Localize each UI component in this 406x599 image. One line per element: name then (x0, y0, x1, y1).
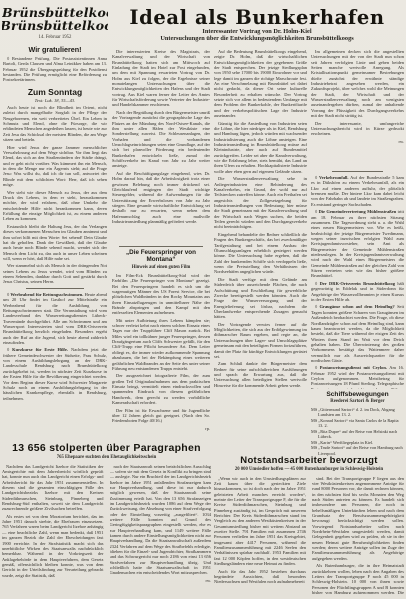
author-initials: rp. (112, 426, 210, 431)
article-paragraph: Als Butenhamburger, die in ihre Heimatst… (312, 563, 404, 593)
article-paragraph: „Wenn wir auch in den Umsiedlungsplänen … (214, 476, 306, 567)
news-item: ◊ Die Gemeindevertretung Mühlenstraßen t… (311, 209, 404, 278)
news-item-lead: ◊ Werbeabend für Rettungsschwimmen. (7, 292, 83, 297)
article-paragraph: Eingehend behandelte der Redner schließl… (214, 232, 307, 275)
court-article-column-1: Nachdem das Landgericht Itzehoe die Stat… (2, 464, 104, 596)
article-paragraph: Die interessierten Kreise des Magistrats… (112, 49, 210, 108)
article-paragraph: Günstig für die Ansiedlung von Industrie… (214, 121, 307, 174)
article-paragraph: Nachdem das Landgericht Itzehoe die Stat… (2, 464, 104, 512)
news-item-text: Heute abend um 20 Uhr findet im Gasthof … (3, 292, 107, 345)
lead-article-column-3: Im allgemeinen decken sich die angestell… (311, 49, 404, 163)
resettlers-subtitle: 20 000 Umsiedler hoffen — 45 000 Butenha… (214, 467, 404, 473)
article-paragraph: Als erstes sei von dem Moratorium berich… (2, 514, 104, 578)
local-news-column: ◊ Verkehrsunfall. Auf der Bundesstraße 5… (311, 168, 404, 389)
news-item-lead: ◊ Die Gemeindevertretung Mühlenstraßen (315, 209, 396, 214)
news-item: ◊ Werbeabend für Rettungsschwimmen. Heut… (3, 292, 107, 345)
film-paragraph: Im Film-Eck Brunsbüttelkoog-Süd wird der… (112, 273, 210, 316)
lead-article-header: Ideal als Bunkerhafen Interessanter Vort… (110, 7, 404, 43)
news-item-lead: ◊ Postanweisungsdienst mit Ceylon. (315, 365, 387, 370)
congratulations-paragraph: ◊ Bestandene Prüfung. Die Postassistenti… (3, 56, 107, 83)
article-paragraph: Die Stadt verfüge mit dem Gelände am Süd… (214, 277, 307, 320)
court-article-subtitle: 765 Ehepaare suchten den Ehetauglichkeit… (2, 455, 211, 461)
author-initials: rw. (110, 578, 212, 583)
news-item-text: tritt am 18. Februar zu ihrer nächsten S… (311, 209, 404, 278)
resettlers-column-2: sind. Bei der Transportgruppe F liegen a… (312, 476, 404, 594)
film-review-box: „Die Feuerspringer von Montana“ Hinweis … (112, 244, 210, 446)
devotional-paragraph: Auch heute ist noch die Blindheit im Ori… (3, 105, 107, 142)
shipping-company: Reederei Sartori & Berger (311, 399, 404, 405)
section-divider (119, 246, 202, 247)
ship-movement-line: MS „Konrad Sartori“ via Santa Carlos de … (311, 418, 404, 428)
newspaper-page: Brünsbüttelkoog Brünsbüttelkoog 14. Febr… (0, 0, 406, 599)
news-item: ◊ Postanweisungsdienst mit Ceylon. Am 16… (311, 365, 404, 389)
news-item-text: Seit Tagen konnten größere Scharen von G… (311, 304, 404, 362)
film-review-title: „Die Feuerspringer von Montana“ (112, 249, 210, 264)
headline-subtitle-2: Untersuchungen über die Entwicklungsmögl… (110, 35, 404, 42)
article-paragraph: Der Vortragende verwies ferner auf die M… (214, 322, 307, 359)
article-paragraph: sind. Bei der Transportgruppe F liegen a… (312, 476, 404, 562)
news-item-lead: ◊ Kurzkurse für Erste Hilfe. (7, 347, 68, 352)
masthead-title-line2: Brünsbüttelkoog (2, 19, 108, 32)
section-divider (26, 288, 83, 289)
section-divider (332, 171, 383, 172)
news-item: ◊ Der DRK-Ortsverein Brunsbüttelkoog häl… (311, 281, 404, 302)
news-item-text: Nachdem jetzt die frühere Gemeindeschwes… (3, 347, 107, 400)
article-paragraph: Der interessante, umfangreiche Untersuch… (311, 121, 404, 137)
devotional-paragraph: Wer stammelnd sich als Mensch in der drä… (3, 263, 107, 284)
film-paragraph: Der ausgezeichnet fotografierte Film, de… (112, 373, 210, 405)
article-paragraph: Die Wasserstraßenverwaltung sehe in Anli… (214, 176, 307, 229)
article-paragraph: Nach der Begrüßung durch den Bürgermeist… (112, 110, 210, 169)
article-paragraph: Im allgemeinen decken sich die angestell… (311, 49, 404, 118)
headline-subtitle-1: Interessanter Vortrag von Dr. Holm-Kiel (110, 28, 404, 35)
shipping-movements: Schiffsbewegungen Reederei Sartori & Ber… (311, 391, 404, 457)
news-item-text: Auf der Bundesstraße 5 kam es in Dükshör… (311, 175, 404, 207)
resettlers-article: Notstandsarbeiter bevorzugt 20 000 Umsie… (214, 455, 404, 597)
court-article-headline: 13 656 stolperten über Paragraphen (2, 442, 211, 454)
masthead: Brünsbüttelkoog Brünsbüttelkoog 14. Febr… (2, 6, 108, 41)
ship-movement-line: MS „Karin“ Werftliegeplatz in Kiel. (311, 440, 404, 445)
shipping-heading: Schiffsbewegungen (311, 391, 404, 399)
lead-article-column-2: Auf die Bedeutung Brunsbüttelkoogs einge… (214, 49, 307, 440)
resettlers-column-1: „Wenn wir auch in den Umsiedlungsplänen … (214, 476, 306, 594)
court-article-column-2: nach der Staatsanwalt seinen beträchtlic… (110, 464, 212, 596)
film-review-subtitle: Hinweis auf einen guten Film (112, 265, 210, 271)
resettlers-headline: Notstandsarbeiter bevorzugt (214, 455, 404, 466)
dateline: 14. Februar 1952 (2, 35, 108, 41)
news-item: ◊ Verkehrsunfall. Auf der Bundesstraße 5… (311, 175, 404, 207)
sunday-heading: Zum Sonntag (3, 87, 107, 97)
article-paragraph: Zum Schluß dankte der Bürgermeister dem … (214, 361, 307, 388)
congratulations-heading: Wir gratulieren! (3, 45, 107, 54)
film-paragraph: Der Film ist für Erwachsene und für Juge… (112, 408, 210, 424)
article-paragraph: Auch für das Jahr 1952 bestehen durchaus… (214, 569, 306, 585)
article-paragraph: Auf die Beschäftigungslage eingehend, wi… (112, 171, 210, 224)
news-item: ◊ Graugänse schon auf dem Heimflug? Seit… (311, 304, 404, 363)
devotional-paragraph: Hier wird Jesus der ganze Jammer menschl… (3, 145, 107, 188)
film-paragraph: Mit unter Aufbietung ihres Lebens kämpfe… (112, 318, 210, 371)
article-paragraph: nach der Staatsanwalt seinen beträchtlic… (110, 464, 212, 576)
ship-movement-line: MS „Gittermund Sartori“ d. 2. im Dock, A… (311, 407, 404, 417)
devotional-paragraph: Erstaunlich bleibt die Haltung Jesu, der… (3, 224, 107, 261)
devotional-paragraph: Wer sieht wie dieser Mensch zu Jesus, de… (3, 190, 107, 222)
news-item-lead: ◊ Graugänse schon auf dem Heimflug? (315, 304, 395, 309)
bible-verse-reference: Text: Luk. 18, 35—43. (3, 98, 107, 103)
ship-movement-line: MS „Rita Dupre“ auf der Reise von Helsin… (311, 429, 404, 439)
left-local-column: Wir gratulieren! ◊ Bestandene Prüfung. D… (3, 44, 107, 446)
main-headline: Ideal als Bunkerhafen (110, 7, 404, 28)
author-initials: rw. (311, 139, 404, 144)
news-item-lead: ◊ Der DRK-Ortsverein Brunsbüttelkoog (315, 281, 395, 286)
court-statistics-article: 13 656 stolperten über Paragraphen 765 E… (2, 442, 211, 597)
article-paragraph: Auf die Bedeutung Brunsbüttelkoogs einge… (214, 49, 307, 118)
news-item: ◊ Kurzkurse für Erste Hilfe. Nachdem jet… (3, 347, 107, 400)
lead-article-column-1: Die interessierten Kreise des Magistrats… (112, 49, 210, 240)
news-item-lead: ◊ Verkehrsunfall. (315, 175, 349, 180)
